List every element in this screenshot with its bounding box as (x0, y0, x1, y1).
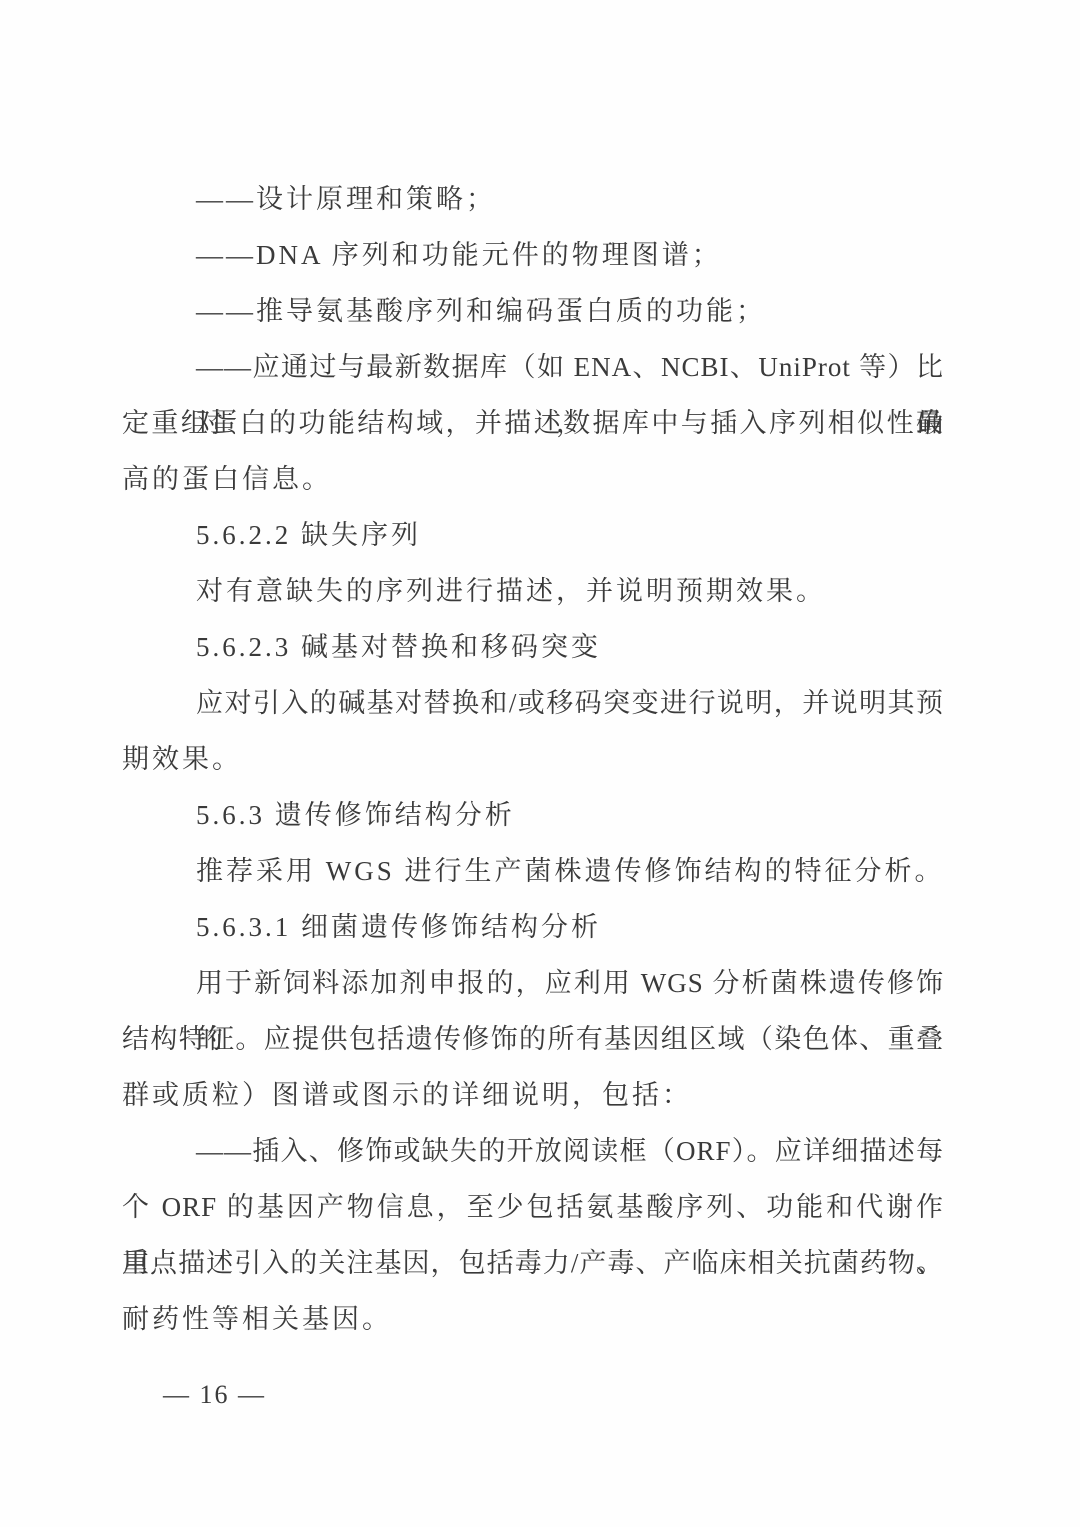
text-line: 应对引入的碱基对替换和/或移码突变进行说明，并说明其预 (122, 675, 944, 731)
text-line: 结构特征。应提供包括遗传修饰的所有基因组区域（染色体、重叠 (122, 1011, 944, 1067)
text-line: 高的蛋白信息。 (122, 451, 944, 507)
text-line: 期效果。 (122, 731, 944, 787)
text-line: 用于新饲料添加剂申报的，应利用 WGS 分析菌株遗传修饰的 (122, 955, 944, 1011)
text-line: 推荐采用 WGS 进行生产菌株遗传修饰结构的特征分析。 (122, 843, 944, 899)
text-line: 耐药性等相关基因。 (122, 1291, 944, 1347)
section-heading: 5.6.2.3 碱基对替换和移码突变 (122, 619, 944, 675)
text-line: 群或质粒）图谱或图示的详细说明，包括： (122, 1067, 944, 1123)
text-line: ——设计原理和策略； (122, 171, 944, 227)
text-line: 个 ORF 的基因产物信息，至少包括氨基酸序列、功能和代谢作用。 (122, 1179, 944, 1235)
section-heading: 5.6.3 遗传修饰结构分析 (122, 787, 944, 843)
text-line: 重点描述引入的关注基因，包括毒力/产毒、产临床相关抗菌药物、 (122, 1235, 944, 1291)
text-line: 对有意缺失的序列进行描述，并说明预期效果。 (122, 563, 944, 619)
text-line: ——插入、修饰或缺失的开放阅读框（ORF）。应详细描述每 (122, 1123, 944, 1179)
text-line: 定重组蛋白的功能结构域，并描述数据库中与插入序列相似性最 (122, 395, 944, 451)
document-page: ——设计原理和策略；——DNA 序列和功能元件的物理图谱；——推导氨基酸序列和编… (0, 0, 1080, 1527)
body-text: ——设计原理和策略；——DNA 序列和功能元件的物理图谱；——推导氨基酸序列和编… (122, 171, 944, 1347)
section-heading: 5.6.2.2 缺失序列 (122, 507, 944, 563)
text-line: ——推导氨基酸序列和编码蛋白质的功能； (122, 283, 944, 339)
page-number: — 16 — (163, 1367, 266, 1423)
section-heading: 5.6.3.1 细菌遗传修饰结构分析 (122, 899, 944, 955)
text-line: ——应通过与最新数据库（如 ENA、NCBI、UniProt 等）比对，确 (122, 339, 944, 395)
text-line: ——DNA 序列和功能元件的物理图谱； (122, 227, 944, 283)
